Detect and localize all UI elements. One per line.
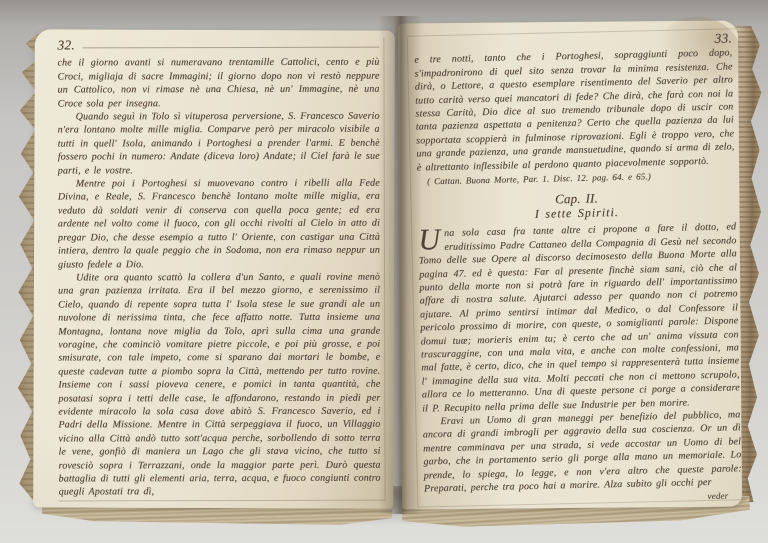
- left-page-text-block: 32. che il giorno avanti si numeravano t…: [57, 38, 385, 502]
- manuscript-paragraph: Mentre poi i Portoghesi si muovevano con…: [58, 177, 380, 272]
- photo-of-open-manuscript-book: 32. che il giorno avanti si numeravano t…: [0, 0, 768, 543]
- left-page-header: 32.: [57, 38, 379, 52]
- left-page: 32. che il giorno avanti si numeravano t…: [33, 29, 395, 508]
- manuscript-paragraph: Quando seguì in Tolo sì vituperosa perve…: [58, 110, 380, 178]
- page-number-left: 32.: [57, 38, 74, 51]
- book-gutter-shadow: [378, 16, 422, 514]
- manuscript-paragraph: Udite ora quanto scattò la collera d'un …: [58, 271, 381, 500]
- manuscript-paragraph: Eravi un Uomo di gran maneggi per benefi…: [422, 408, 742, 496]
- right-page: 33. e tre notti, tanto che i Portoghesi,…: [398, 21, 742, 510]
- page-number-right: 33.: [714, 31, 732, 45]
- right-page-text-block: 33. e tre notti, tanto che i Portoghesi,…: [407, 28, 747, 507]
- manuscript-paragraph: e tre notti, tanto che i Portoghesi, sop…: [414, 47, 735, 175]
- paragraph-text: na sola casa fra tante altre ci propone …: [419, 222, 740, 414]
- manuscript-paragraph: Una sola casa fra tante altre ci propone…: [418, 221, 740, 416]
- header-rule-line: [83, 47, 380, 49]
- manuscript-paragraph: che il giorno avanti si numeravano trent…: [57, 56, 379, 110]
